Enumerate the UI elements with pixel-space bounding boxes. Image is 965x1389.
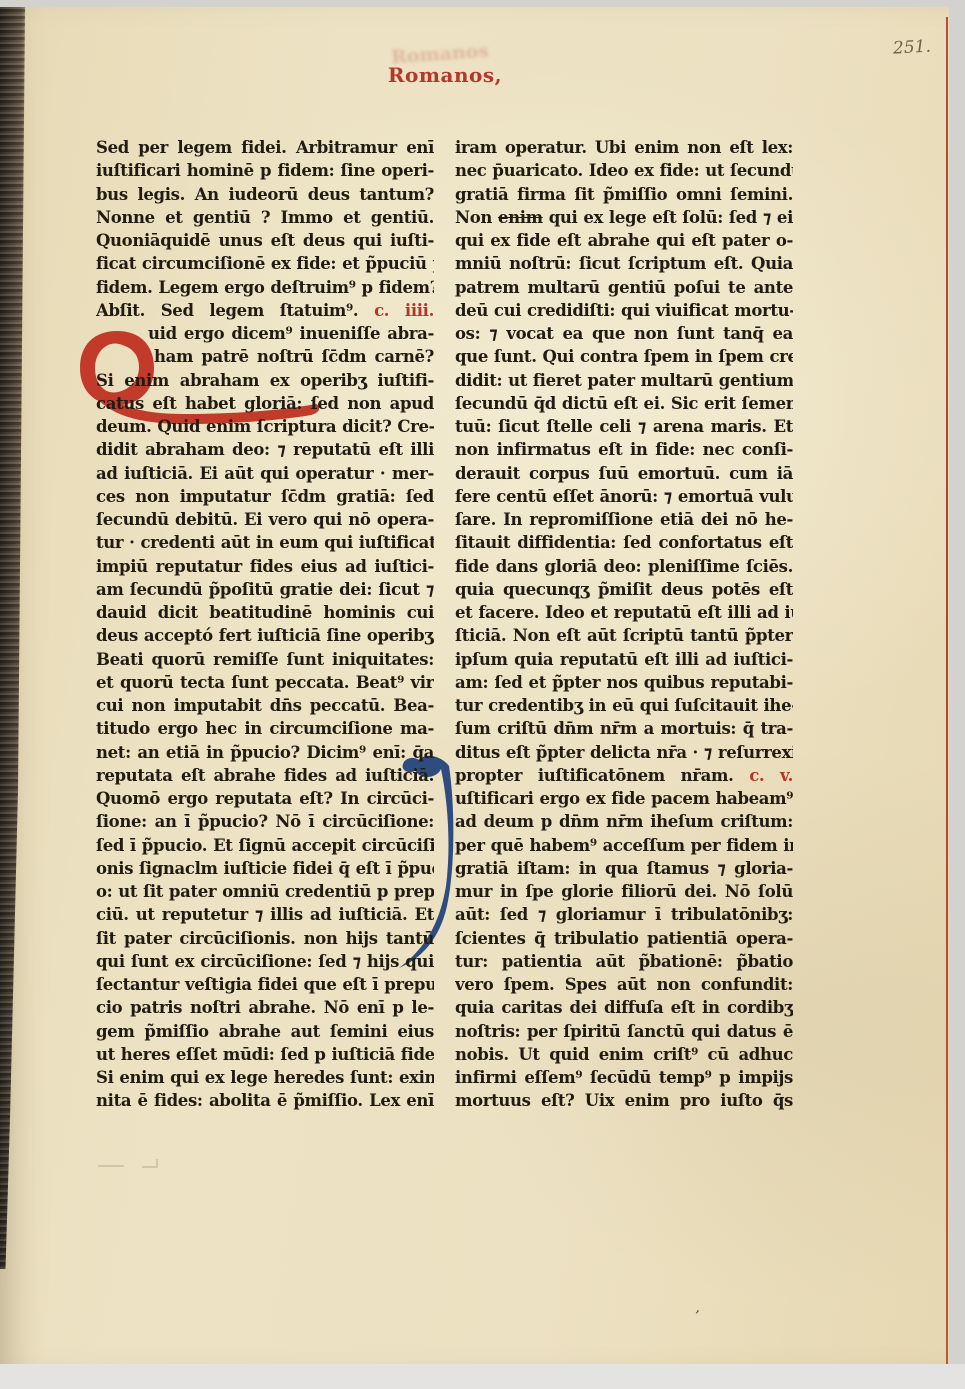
text-segment: ſecundū q̄d dictū eſt ei. Sic erit ſemen — [455, 394, 793, 413]
text-segment: impiū reputatur fides eius ad iuſtici- — [96, 557, 434, 576]
text-line: aūt: ſed ⁊ gloriamur ī tribulatōnibʒ: — [455, 903, 793, 926]
text-line: tur credentibʒ in eū qui ſuſcitauit ihe- — [455, 694, 793, 717]
text-line: titudo ergo hec in circumciſione ma- — [96, 717, 434, 740]
text-line: qui ex fide eſt abrahe qui eſt pater o- — [455, 229, 793, 252]
text-segment: iuſtificari hominē p fidem: ſine operi- — [96, 161, 434, 180]
text-segment: ficat circumciſionē ex fide: et p̃puciū … — [96, 254, 434, 273]
text-line: vero ſpem. Spes aūt non confundit: — [455, 973, 793, 996]
text-line: ſit pater circūciſionis. non hijs tantū — [96, 927, 434, 950]
text-segment: onis ſignaclm iuſticie fidei q̄ eſt ī p̃… — [96, 859, 434, 878]
text-line: cui non imputabit dn̄s peccatū. Bea- — [96, 694, 434, 717]
text-line: impiū reputatur fides eius ad iuſtici- — [96, 555, 434, 578]
text-segment: tuū: ſicut ſtelle celi ⁊ arena maris. Et — [455, 417, 793, 436]
text-segment: tur credentibʒ in eū qui ſuſcitauit ihe- — [455, 696, 793, 715]
text-line: onis ſignaclm iuſticie fidei q̄ eſt ī p̃… — [96, 857, 434, 880]
text-line: fidem. Legem ergo deſtruim⁹ p fidem? — [96, 276, 434, 299]
text-segment: cui non imputabit dn̄s peccatū. Bea- — [96, 696, 434, 715]
text-segment: vero ſpem. Spes aūt non confundit: — [455, 975, 793, 994]
text-line: ſione: an ī p̃pucio? Nō ī circūciſione: — [96, 810, 434, 833]
text-segment: ſione: an ī p̃pucio? Nō ī circūciſione: — [96, 812, 434, 831]
text-line: ciū. ut reputetur ⁊ illis ad iuſticiā. E… — [96, 903, 434, 926]
text-line: bus legis. An iudeorū deus tantum? — [96, 183, 434, 206]
text-line: que ſunt. Qui contra ſpem in ſpem cre- — [455, 345, 793, 368]
text-segment: mniū noſtrū: ſicut ſcriptum eſt. Quia — [455, 254, 793, 273]
text-line: propter iuſtificatōnem nr̄am. c. v. — [455, 764, 793, 787]
text-segment: que ſunt. Qui contra ſpem in ſpem cre- — [455, 347, 793, 366]
text-segment: ſecundū debitū. Ei vero qui nō opera- — [96, 510, 434, 529]
text-segment: qui ex lege eſt ſolū: ſed ⁊ ei — [543, 208, 793, 227]
text-line: gratiā iſtam: in qua ſtamus ⁊ gloria- — [455, 857, 793, 880]
text-line: per quē habem⁹ acceſſum per fidem in — [455, 834, 793, 857]
text-segment: fidem. Legem ergo deſtruim⁹ p fidem? — [96, 278, 434, 297]
text-line: ad deum p dn̄m nr̄m iheſum criſtum: — [455, 810, 793, 833]
text-segment: ſitauit diffidentia: ſed confortatus eſt — [455, 533, 793, 552]
text-segment: ſticiā. Non eſt aūt ſcriptū tantū p̃pter — [455, 626, 793, 645]
text-line: Si enim abraham ex operibʒ iuſtifi- — [96, 369, 434, 392]
text-segment: net: an etiā in p̃pucio? Dicim⁹ enī: q̄a — [96, 743, 434, 762]
text-line: ham patrē noſtrū ſc̄dm carnē? — [96, 345, 434, 368]
text-line: noſtris: per ſpiritū ſanctū qui datus ē — [455, 1020, 793, 1043]
text-line: net: an etiā in p̃pucio? Dicim⁹ enī: q̄a — [96, 741, 434, 764]
text-segment: deus acceptó fert iuſticiā ſine operibʒ… — [96, 626, 434, 645]
text-segment: Quomō ergo reputata eſt? In circūci- — [96, 789, 434, 808]
text-line: infirmi eſſem⁹ ſecūdū temp⁹ p impijs — [455, 1066, 793, 1089]
text-segment: per quē habem⁹ acceſſum per fidem in — [455, 836, 793, 855]
text-segment: ad iuſticiā. Ei aūt qui operatur · mer- — [96, 464, 434, 483]
text-line: uſtificari ergo ex fide pacem habeam⁹ — [455, 787, 793, 810]
text-segment: bus legis. An iudeorū deus tantum? — [96, 185, 434, 204]
text-line: gratiā firma ſit p̃miſſio omni ſemini. — [455, 183, 793, 206]
text-segment: derauit corpus ſuū emortuū. cum iā — [455, 464, 793, 483]
text-segment: qui ſunt ex circūciſione: ſed ⁊ hijs qui — [96, 952, 434, 971]
chapter-mark: c. iiii. — [374, 301, 434, 320]
text-line: didit abraham deo: ⁊ reputatū eſt illi — [96, 438, 434, 461]
text-segment: non infirmatus eſt in fide: nec conſi- — [455, 440, 793, 459]
text-segment: ciū. ut reputetur ⁊ illis ad iuſticiā. E… — [96, 905, 434, 924]
text-segment: tur · credenti aūt in eum qui iuſtificat — [96, 533, 434, 552]
text-line: Quomō ergo reputata eſt? In circūci- — [96, 787, 434, 810]
text-segment: Abſit. Sed legem ſtatuim⁹. — [96, 301, 374, 320]
vellum-page: Romanos Romanos, 251. Sed per legem fide… — [0, 7, 949, 1367]
text-segment: Nonne et gentiū ? Immo et gentiū. — [96, 208, 434, 227]
text-line: fere centū eſſet ānorū: ⁊ emortuā vuluā — [455, 485, 793, 508]
text-line: am: ſed et p̃pter nos quibus reputabi- — [455, 671, 793, 694]
text-line: non infirmatus eſt in fide: nec conſi- — [455, 438, 793, 461]
text-line: catus eſt habet gloriā: ſed non apud — [96, 392, 434, 415]
text-segment: Si enim qui ex lege heredes ſunt: exina- — [96, 1068, 434, 1087]
text-line: tuū: ſicut ſtelle celi ⁊ arena maris. Et — [455, 415, 793, 438]
text-line: mur in ſpe glorie filiorū dei. Nō ſolū — [455, 880, 793, 903]
text-line: qui ſunt ex circūciſione: ſed ⁊ hijs qui — [96, 950, 434, 973]
text-segment: ham patrē noſtrū ſc̄dm carnē? — [154, 347, 434, 366]
text-segment: didit: ut fieret pater multarū gentium: — [455, 371, 793, 390]
text-segment: ſum criſtū dn̄m nr̄m a mortuis: q̄ tra- — [455, 719, 793, 738]
text-line: ces non imputatur ſc̄dm gratiā: ſed — [96, 485, 434, 508]
faint-pencil-mark — [98, 1159, 178, 1169]
text-segment: gratiā firma ſit p̃miſſio omni ſemini. — [455, 185, 793, 204]
text-segment: quia caritas dei diffuſa eſt in cordibʒ — [455, 998, 793, 1017]
text-line: derauit corpus ſuū emortuū. cum iā — [455, 462, 793, 485]
text-segment: o: ut ſit pater omniū credentiū p prepu- — [96, 882, 434, 901]
text-line: Abſit. Sed legem ſtatuim⁹. c. iiii. — [96, 299, 434, 322]
text-segment: et quorū tecta ſunt peccata. Beat⁹ vir — [96, 673, 434, 692]
text-line: ipſum quia reputatū eſt illi ad iuſtici- — [455, 648, 793, 671]
text-segment: iram operatur. Ubi enim non eſt lex: — [455, 138, 793, 157]
text-segment: ſcientes q̄ tribulatio patientiā opera- — [455, 929, 793, 948]
text-segment: os: ⁊ vocat ea que non ſunt tanq̄ ea — [455, 324, 793, 343]
text-line: ditus eſt p̃pter delicta nr̄a · ⁊ reſurr… — [455, 741, 793, 764]
text-segment: Beati quorū remiſſe ſunt iniquitates: — [96, 650, 434, 669]
text-segment: et facere. Ideo et reputatū eſt illi ad … — [455, 603, 793, 622]
text-line: didit: ut fieret pater multarū gentium: — [455, 369, 793, 392]
text-line: patrem multarū gentiū poſui te ante — [455, 276, 793, 299]
text-line: o: ut ſit pater omniū credentiū p prepu- — [96, 880, 434, 903]
text-line: Sed per legem fidei. Arbitramur enī — [96, 136, 434, 159]
text-line: et quorū tecta ſunt peccata. Beat⁹ vir — [96, 671, 434, 694]
text-segment: ipſum quia reputatū eſt illi ad iuſtici- — [455, 650, 793, 669]
text-segment: dauid dicit beatitudinē hominis cui — [96, 603, 434, 622]
text-line: ſecundū q̄d dictū eſt ei. Sic erit ſemen — [455, 392, 793, 415]
text-segment: aūt: ſed ⁊ gloriamur ī tribulatōnibʒ: — [455, 905, 793, 924]
text-line: quia caritas dei diffuſa eſt in cordibʒ — [455, 996, 793, 1019]
text-segment: reputata eſt abrahe fides ad iuſticiā. — [96, 766, 434, 785]
text-segment: ſed ī p̃pucio. Et ſignū accepit circūciſ… — [96, 836, 434, 855]
text-line: Si enim qui ex lege heredes ſunt: exina- — [96, 1066, 434, 1089]
text-line: ſum criſtū dn̄m nr̄m a mortuis: q̄ tra- — [455, 717, 793, 740]
text-line: ficat circumciſionē ex fide: et p̃puciū … — [96, 252, 434, 275]
text-segment: Quoniāquidē unus eſt deus qui iuſti- — [96, 231, 434, 250]
folio-number: 251. — [893, 35, 954, 58]
text-segment: tur: patientia aūt p̃bationē: p̃batio — [455, 952, 793, 971]
manuscript-scan: Romanos Romanos, 251. Sed per legem fide… — [0, 0, 965, 1389]
text-line: ſitauit diffidentia: ſed confortatus eſt — [455, 531, 793, 554]
text-segment: uſtificari ergo ex fide pacem habeam⁹ — [455, 789, 793, 808]
text-line: am ſecundū p̃poſitū gratie dei: ſicut ⁊ — [96, 578, 434, 601]
text-segment: catus eſt habet gloriā: ſed non apud — [96, 394, 434, 413]
text-segment: cio patris noſtri abrahe. Nō enī p le- — [96, 998, 434, 1017]
text-line: ſticiā. Non eſt aūt ſcriptū tantū p̃pter — [455, 624, 793, 647]
text-line: ſecundū debitū. Ei vero qui nō opera- — [96, 508, 434, 531]
text-line: Quoniāquidē unus eſt deus qui iuſti- — [96, 229, 434, 252]
text-line: ſed ī p̃pucio. Et ſignū accepit circūciſ… — [96, 834, 434, 857]
chapter-mark: c. v. — [749, 766, 793, 785]
text-segment: ſare. In repromiſſione etiā dei nō he- — [455, 510, 793, 529]
text-line: nec p̄uaricato. Ideo ex fide: ut ſecundū — [455, 159, 793, 182]
text-line: ſectantur veſtigia fidei que eſt ī prepu… — [96, 973, 434, 996]
text-segment: am ſecundū p̃poſitū gratie dei: ſicut ⁊ — [96, 580, 434, 599]
text-line: iram operatur. Ubi enim non eſt lex: — [455, 136, 793, 159]
text-segment: didit abraham deo: ⁊ reputatū eſt illi — [96, 440, 434, 459]
text-line: tur · credenti aūt in eum qui iuſtificat — [96, 531, 434, 554]
text-line: deus acceptó fert iuſticiā ſine operibʒ… — [96, 624, 434, 647]
text-line: mniū noſtrū: ſicut ſcriptum eſt. Quia — [455, 252, 793, 275]
text-segment: ad deum p dn̄m nr̄m iheſum criſtum: — [455, 812, 793, 831]
text-segment: titudo ergo hec in circumciſione ma- — [96, 719, 434, 738]
stray-ink-mark: ’ — [692, 1307, 700, 1326]
text-segment: propter iuſtificatōnem nr̄am. — [455, 766, 749, 785]
text-line: ſare. In repromiſſione etiā dei nō he- — [455, 508, 793, 531]
text-line: quia quecunqʒ p̃miſit deus potēs eſt — [455, 578, 793, 601]
text-segment: Non — [455, 208, 498, 227]
text-line: os: ⁊ vocat ea que non ſunt tanq̄ ea — [455, 322, 793, 345]
text-line: uid ergo dicem⁹ inueniſſe abra- — [96, 322, 434, 345]
text-segment: ſit pater circūciſionis. non hijs tantū — [96, 929, 434, 948]
text-segment: nec p̄uaricato. Ideo ex fide: ut ſecundū — [455, 161, 793, 180]
text-line: iuſtificari hominē p fidem: ſine operi- — [96, 159, 434, 182]
text-segment: infirmi eſſem⁹ ſecūdū temp⁹ p impijs — [455, 1068, 793, 1087]
text-line: fide dans gloriā deo: pleniſſime ſciēs. — [455, 555, 793, 578]
text-segment: ſectantur veſtigia fidei que eſt ī prepu… — [96, 975, 434, 994]
text-line: tur: patientia aūt p̃bationē: p̃batio — [455, 950, 793, 973]
text-segment: mortuus eſt? Uix enim pro iuſto q̄s — [455, 1091, 793, 1110]
text-line: cio patris noſtri abrahe. Nō enī p le- — [96, 996, 434, 1019]
text-line: Nonne et gentiū ? Immo et gentiū. — [96, 206, 434, 229]
text-segment: enim — [498, 208, 543, 227]
text-segment: fere centū eſſet ānorū: ⁊ emortuā vuluā — [455, 487, 793, 506]
text-line: Beati quorū remiſſe ſunt iniquitates: — [96, 648, 434, 671]
text-segment: nobis. Ut quid enim criſt⁹ cū adhuc — [455, 1045, 793, 1064]
text-segment: deum. Quid enim ſcriptura dicit? Cre- — [96, 417, 434, 436]
text-segment: qui ex fide eſt abrahe qui eſt pater o- — [455, 231, 793, 250]
text-line: nobis. Ut quid enim criſt⁹ cū adhuc — [455, 1043, 793, 1066]
text-line: ut heres eſſet mūdi: ſed p iuſticiā fide… — [96, 1043, 434, 1066]
text-segment: ces non imputatur ſc̄dm gratiā: ſed — [96, 487, 434, 506]
text-segment: noſtris: per ſpiritū ſanctū qui datus ē — [455, 1022, 793, 1041]
text-line: ſcientes q̄ tribulatio patientiā opera- — [455, 927, 793, 950]
text-line: mortuus eſt? Uix enim pro iuſto q̄s — [455, 1089, 793, 1112]
text-segment: Sed per legem fidei. Arbitramur enī — [96, 138, 434, 157]
text-line: deum. Quid enim ſcriptura dicit? Cre- — [96, 415, 434, 438]
text-segment: gratiā iſtam: in qua ſtamus ⁊ gloria- — [455, 859, 793, 878]
text-segment: ut heres eſſet mūdi: ſed p iuſticiā fide… — [96, 1045, 434, 1064]
text-line: deū cui credidiſti: qui viuificat mortu- — [455, 299, 793, 322]
text-line: dauid dicit beatitudinē hominis cui — [96, 601, 434, 624]
text-line: et facere. Ideo et reputatū eſt illi ad … — [455, 601, 793, 624]
running-title: Romanos, — [365, 63, 525, 87]
text-line: nita ē fides: abolita ē p̃miſſio. Lex en… — [96, 1089, 434, 1112]
text-line: gem p̃miſſio abrahe aut ſemini eius — [96, 1020, 434, 1043]
fore-edge-rule-line — [946, 17, 948, 1369]
book-page-edges — [0, 7, 25, 1269]
text-line: reputata eſt abrahe fides ad iuſticiā. — [96, 764, 434, 787]
text-segment: uid ergo dicem⁹ inueniſſe abra- — [148, 324, 434, 343]
text-segment: Si enim abraham ex operibʒ iuſtifi- — [96, 371, 434, 390]
text-line: Non enim qui ex lege eſt ſolū: ſed ⁊ ei — [455, 206, 793, 229]
text-segment: am: ſed et p̃pter nos quibus reputabi- — [455, 673, 793, 692]
text-segment: ditus eſt p̃pter delicta nr̄a · ⁊ reſurr… — [455, 743, 793, 762]
text-column-left: Sed per legem fidei. Arbitramur enīiuſti… — [96, 136, 434, 1113]
text-segment: nita ē fides: abolita ē p̃miſſio. Lex en… — [96, 1091, 434, 1110]
text-column-right: iram operatur. Ubi enim non eſt lex:nec … — [455, 136, 793, 1113]
text-segment: mur in ſpe glorie filiorū dei. Nō ſolū — [455, 882, 793, 901]
text-segment: deū cui credidiſti: qui viuificat mortu- — [455, 301, 793, 320]
text-segment: gem p̃miſſio abrahe aut ſemini eius — [96, 1022, 434, 1041]
text-line: ad iuſticiā. Ei aūt qui operatur · mer- — [96, 462, 434, 485]
text-segment: patrem multarū gentiū poſui te ante — [455, 278, 793, 297]
text-segment: fide dans gloriā deo: pleniſſime ſciēs. — [455, 557, 793, 576]
text-segment: quia quecunqʒ p̃miſit deus potēs eſt — [455, 580, 793, 599]
